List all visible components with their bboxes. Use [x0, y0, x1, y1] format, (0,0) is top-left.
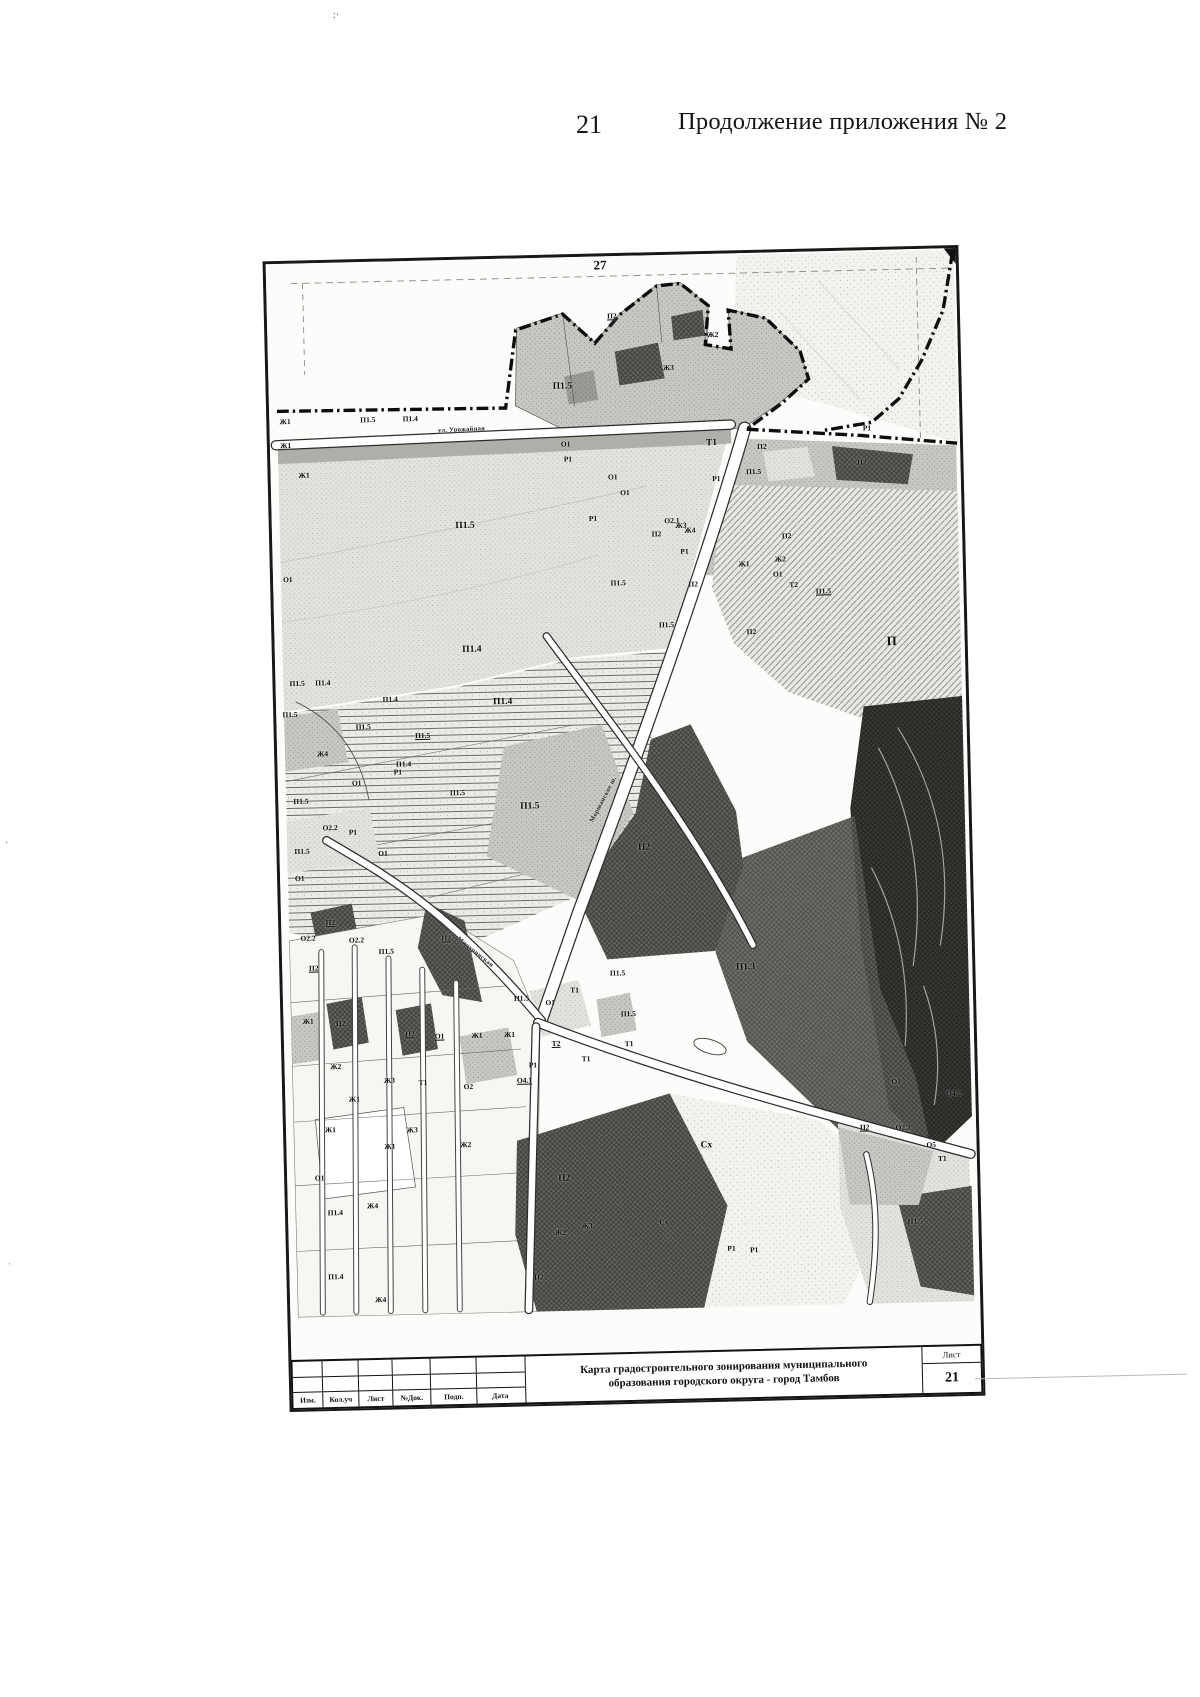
revision-table-header-cell: Дата [477, 1388, 523, 1404]
revision-table-cell [322, 1360, 358, 1376]
map-grid-reference: 27 [593, 257, 606, 273]
map-canvas [266, 248, 983, 1409]
revision-table-cell [393, 1374, 431, 1390]
revision-table-cell [477, 1372, 523, 1388]
scan-stray-line [975, 1374, 1187, 1380]
scan-artifact: ˌ [8, 1254, 11, 1265]
revision-table-cell [476, 1357, 522, 1373]
revision-table-cell [323, 1376, 359, 1392]
revision-table-header-cell: Подп. [431, 1389, 477, 1405]
revision-table-header-cell: №Док. [393, 1390, 431, 1406]
revision-table: Изм.Кол.учЛист№Док.Подп.Дата [292, 1356, 526, 1407]
sheet-label: Лист [922, 1346, 980, 1364]
revision-table-header-cell: Лист [359, 1391, 393, 1406]
page-header: Продолжение приложения № 2 [678, 108, 1007, 136]
scan-artifact: :· [333, 10, 339, 21]
revision-table-header-cell: Кол.уч [323, 1392, 359, 1408]
revision-table-cell [431, 1373, 477, 1389]
revision-table-cell [392, 1359, 430, 1375]
sheet-box: Лист 21 [922, 1346, 981, 1393]
revision-table-cell [358, 1360, 392, 1375]
revision-table-cell [293, 1377, 323, 1392]
page-number: 21 [576, 110, 602, 140]
map-title: Карта градостроительного зонирования мун… [525, 1347, 923, 1402]
revision-table-header-cell: Изм. [293, 1393, 323, 1408]
revision-table-cell [292, 1361, 322, 1376]
revision-table-cell [430, 1358, 476, 1374]
revision-table-cell [359, 1375, 393, 1390]
sheet-number: 21 [923, 1363, 982, 1393]
zoning-map-sheet: 27 П2Ж2Ж3П1.5Ж1П1.5П1.4Ж1Т1Р1Ж1Р1О1О1О1Р… [263, 245, 986, 1412]
scan-artifact: · [5, 838, 8, 849]
